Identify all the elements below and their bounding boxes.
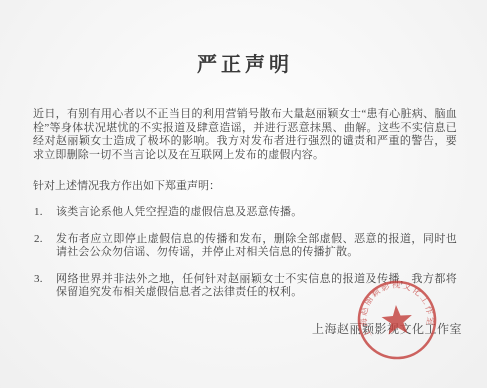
item-1-text: 该类言论系他人凭空捏造的虚假信息及恶意传播。 [56,206,302,218]
statement-list: 1. 该类言论系他人凭空捏造的虚假信息及恶意传播。 2. 发布者应立即停止虚假信… [33,206,457,300]
document-title: 严正声明 [33,48,457,77]
statement-item-3: 3. 网络世界并非法外之地，任何针对赵丽颖女士不实信息的报道及传播，我方都将保留… [33,273,457,300]
item-1-number: 1. [34,206,43,220]
statement-item-2: 2. 发布者应立即停止虚假信息的传播和发布，删除全部虚假、恶意的报道，同时也请社… [33,233,457,260]
document-content: 严正声明 近日，有别有用心者以不正当目的利用营销号散布大量赵丽颖女士“患有心脏病… [33,0,457,337]
statement-item-1: 1. 该类言论系他人凭空捏造的虚假信息及恶意传播。 [33,206,457,220]
signature-studio-name: 上海赵丽颖影视文化工作室 [33,320,462,337]
item-2-number: 2. [34,233,43,247]
intro-paragraph: 近日，有别有用心者以不正当目的利用营销号散布大量赵丽颖女士“患有心脏病、脑血栓”… [33,108,457,162]
statement-document: 严正声明 近日，有别有用心者以不正当目的利用营销号散布大量赵丽颖女士“患有心脏病… [0,0,487,388]
item-2-text: 发布者应立即停止虚假信息的传播和发布，删除全部虚假、恶意的报道，同时也请社会公众… [56,233,457,259]
item-3-number: 3. [34,273,43,287]
lead-in-line: 针对上述情况我方作出如下郑重声明： [33,180,457,194]
item-3-text: 网络世界并非法外之地，任何针对赵丽颖女士不实信息的报道及传播，我方都将保留追究发… [56,273,457,299]
